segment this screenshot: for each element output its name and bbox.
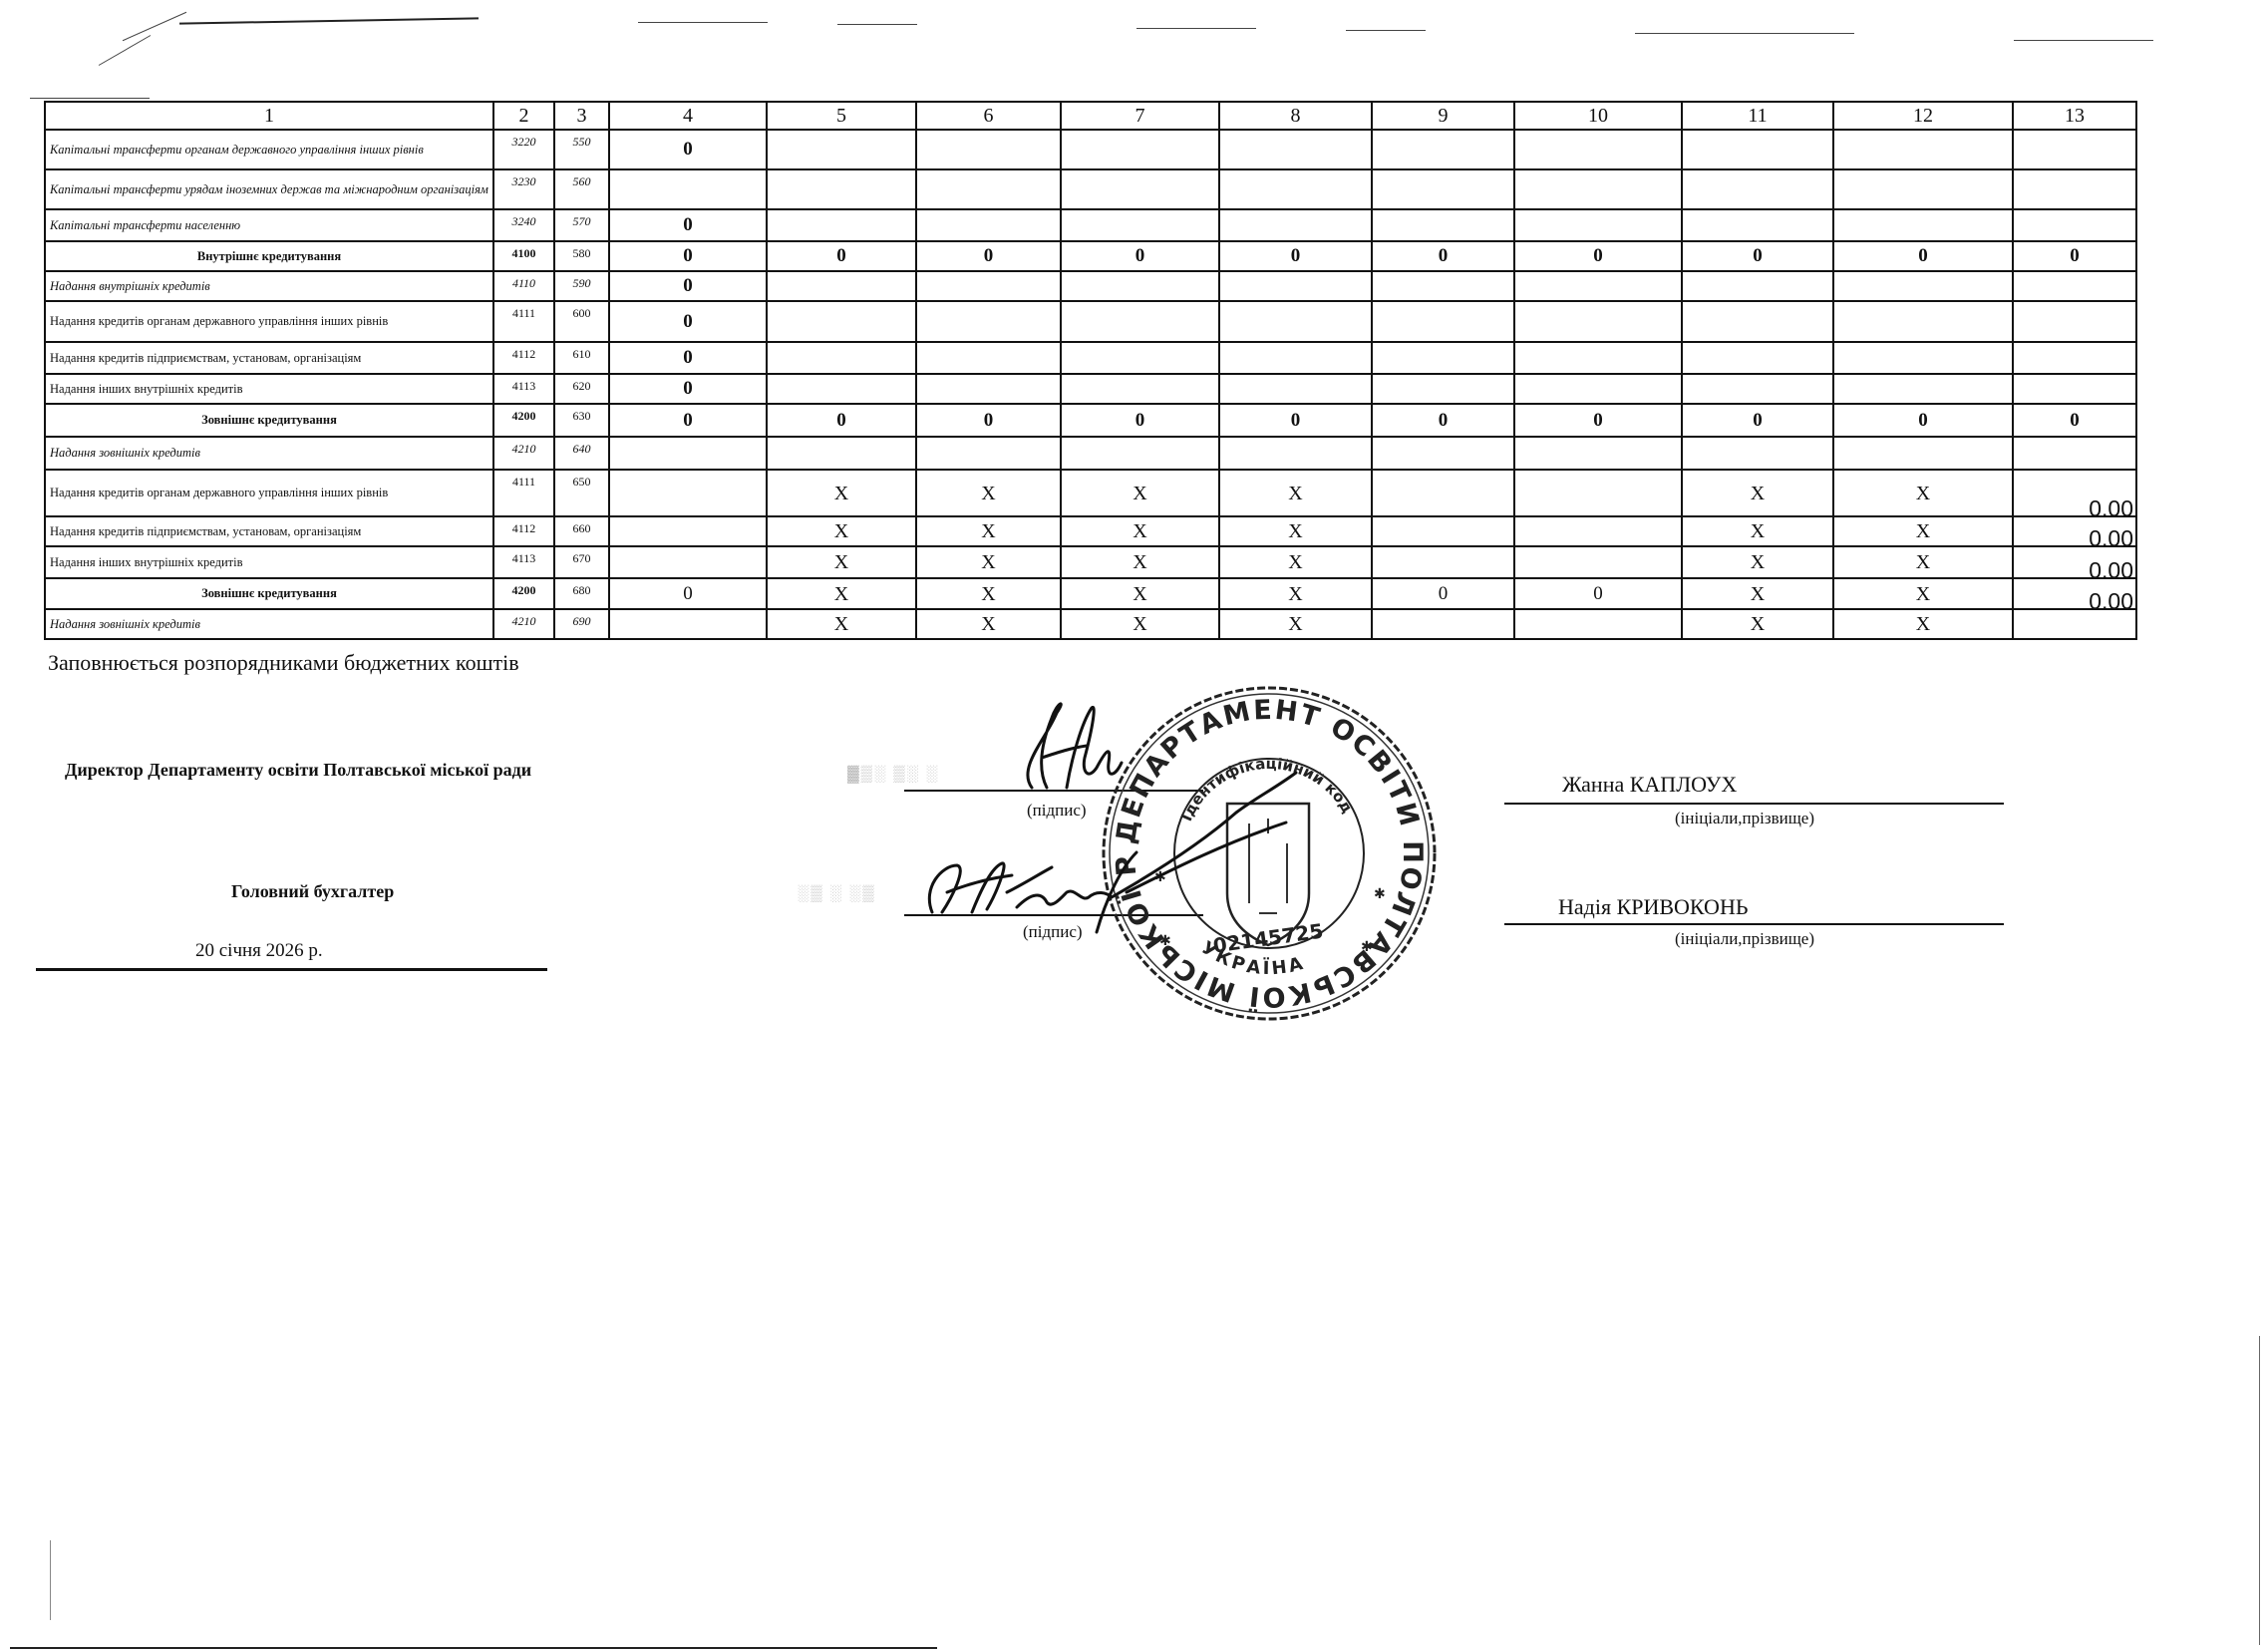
value-cell: X: [1833, 609, 2013, 639]
column-header: 1: [45, 102, 493, 130]
value-cell: 0,00: [2013, 516, 2136, 546]
value-cell: [1219, 374, 1372, 404]
column-header: 8: [1219, 102, 1372, 130]
value-cell: X: [767, 516, 916, 546]
value-cell: 0: [1219, 241, 1372, 271]
row-line-number: 590: [554, 271, 609, 301]
table-row: Надання кредитів органам державного упра…: [45, 301, 2136, 342]
value-cell: X: [1833, 546, 2013, 578]
value-cell: X: [1682, 609, 1833, 639]
value-cell: X: [1061, 546, 1219, 578]
value-cell: 0: [1061, 241, 1219, 271]
value-cell: [2013, 271, 2136, 301]
value-cell: [1372, 516, 1514, 546]
scan-artifact: [30, 98, 150, 99]
value-cell: [916, 342, 1061, 374]
accountant-name: Надія КРИВОКОНЬ: [1558, 894, 1748, 920]
scan-artifact: [2014, 40, 2153, 41]
row-line-number: 560: [554, 169, 609, 209]
value-cell: [2013, 609, 2136, 639]
row-code: 4200: [493, 578, 554, 609]
column-header: 4: [609, 102, 767, 130]
footnote: Заповнюється розпорядниками бюджетних ко…: [48, 650, 519, 676]
value-cell: [2013, 342, 2136, 374]
table-row: Надання інших внутрішніх кредитів4113670…: [45, 546, 2136, 578]
row-label: Внутрішнє кредитування: [45, 241, 493, 271]
value-cell: [2013, 301, 2136, 342]
table-row: Капітальні трансферти населенню32405700: [45, 209, 2136, 241]
value-cell: [609, 470, 767, 516]
row-code: 4210: [493, 437, 554, 470]
row-line-number: 580: [554, 241, 609, 271]
value-cell: X: [1061, 578, 1219, 609]
value-cell: [1372, 209, 1514, 241]
value-cell: [1219, 342, 1372, 374]
row-label: Надання внутрішніх кредитів: [45, 271, 493, 301]
value-cell: [1372, 374, 1514, 404]
value-cell: [1682, 130, 1833, 169]
value-cell: [609, 437, 767, 470]
row-line-number: 600: [554, 301, 609, 342]
row-code: 4110: [493, 271, 554, 301]
row-label: Надання зовнішніх кредитів: [45, 437, 493, 470]
column-header: 9: [1372, 102, 1514, 130]
value-cell: [609, 169, 767, 209]
value-cell: [1514, 342, 1682, 374]
value-cell: [1514, 609, 1682, 639]
value-cell: [1372, 342, 1514, 374]
value-cell: [916, 301, 1061, 342]
value-cell: [1514, 437, 1682, 470]
value-cell: 0: [609, 241, 767, 271]
value-cell: 0: [767, 404, 916, 437]
column-header: 2: [493, 102, 554, 130]
row-code: 4100: [493, 241, 554, 271]
value-cell: 0,00: [2013, 546, 2136, 578]
value-cell: 0: [767, 241, 916, 271]
table-row: Зовнішнє кредитування42006800XXXX00XX0,0…: [45, 578, 2136, 609]
row-code: 4113: [493, 374, 554, 404]
value-cell: [1514, 374, 1682, 404]
value-cell: [1061, 374, 1219, 404]
value-cell: [767, 437, 916, 470]
row-line-number: 690: [554, 609, 609, 639]
table-row: Надання кредитів підприємствам, установа…: [45, 516, 2136, 546]
row-line-number: 610: [554, 342, 609, 374]
faded-scan-text: ▓▒░ ▒░ ░: [847, 766, 939, 784]
value-cell: [1219, 130, 1372, 169]
value-cell: [1061, 342, 1219, 374]
value-cell: [1061, 271, 1219, 301]
value-cell: [1682, 271, 1833, 301]
value-cell: X: [916, 546, 1061, 578]
value-cell: [1061, 301, 1219, 342]
row-label: Надання кредитів підприємствам, установа…: [45, 516, 493, 546]
row-line-number: 680: [554, 578, 609, 609]
table-row: Капітальні трансферти урядам іноземних д…: [45, 169, 2136, 209]
value-cell: [767, 130, 916, 169]
value-cell: [1833, 209, 2013, 241]
value-cell: [1833, 169, 2013, 209]
table-row: Надання зовнішніх кредитів4210640: [45, 437, 2136, 470]
value-cell: X: [1219, 470, 1372, 516]
value-cell: X: [1061, 609, 1219, 639]
value-cell: [1833, 271, 2013, 301]
value-cell: [1682, 374, 1833, 404]
value-cell: [1061, 130, 1219, 169]
value-cell: 0: [1061, 404, 1219, 437]
svg-text:Ідентифікаційний код: Ідентифікаційний код: [1177, 755, 1356, 824]
row-code: 3220: [493, 130, 554, 169]
director-title: Директор Департаменту освіти Полтавської…: [65, 760, 531, 781]
column-header: 6: [916, 102, 1061, 130]
svg-text:✱: ✱: [1159, 934, 1171, 949]
date-underline: [36, 968, 547, 971]
value-cell: [1372, 546, 1514, 578]
row-code: 3240: [493, 209, 554, 241]
table-row: Надання внутрішніх кредитів41105900: [45, 271, 2136, 301]
row-line-number: 670: [554, 546, 609, 578]
value-cell: 0: [1514, 578, 1682, 609]
row-label: Капітальні трансферти урядам іноземних д…: [45, 169, 493, 209]
value-cell: [916, 130, 1061, 169]
table-row: Надання інших внутрішніх кредитів4113620…: [45, 374, 2136, 404]
value-cell: [1682, 169, 1833, 209]
scan-artifact: [1635, 33, 1854, 34]
column-header: 5: [767, 102, 916, 130]
official-seal-stamp: ДЕПАРТАМЕНТ ОСВІТИ ПОЛТАВСЬКОЇ МІСЬКОЇ Р…: [1100, 684, 1439, 1023]
scan-artifact: [1346, 30, 1426, 31]
value-cell: [2013, 374, 2136, 404]
value-cell: [609, 609, 767, 639]
value-cell: [2013, 209, 2136, 241]
scan-artifact: [837, 24, 917, 25]
value-cell: [916, 209, 1061, 241]
value-cell: 0: [609, 130, 767, 169]
row-label: Надання кредитів органам державного упра…: [45, 470, 493, 516]
value-cell: [916, 169, 1061, 209]
value-cell: [1514, 301, 1682, 342]
value-cell: [1061, 209, 1219, 241]
value-cell: X: [916, 609, 1061, 639]
value-cell: [1833, 437, 2013, 470]
value-cell: 0,00: [2013, 578, 2136, 609]
value-cell: [767, 271, 916, 301]
report-table: 12345678910111213Капітальні трансферти о…: [44, 101, 2137, 640]
value-cell: 0,00: [2013, 470, 2136, 516]
value-cell: 0: [1833, 241, 2013, 271]
value-cell: [1833, 130, 2013, 169]
value-cell: X: [767, 470, 916, 516]
value-cell: [2013, 437, 2136, 470]
value-cell: [1514, 516, 1682, 546]
row-line-number: 620: [554, 374, 609, 404]
value-cell: [1514, 130, 1682, 169]
row-label: Надання інших внутрішніх кредитів: [45, 546, 493, 578]
svg-text:✱: ✱: [1374, 887, 1386, 902]
value-cell: [1682, 342, 1833, 374]
director-name-caption: (ініціали,прізвище): [1675, 809, 1814, 828]
scan-artifact: [1136, 28, 1256, 29]
value-cell: [916, 374, 1061, 404]
row-label: Капітальні трансферти населенню: [45, 209, 493, 241]
value-cell: [1514, 271, 1682, 301]
value-cell: [1372, 169, 1514, 209]
value-cell: [1833, 301, 2013, 342]
value-cell: [1514, 169, 1682, 209]
row-label: Надання інших внутрішніх кредитів: [45, 374, 493, 404]
value-cell: [1514, 546, 1682, 578]
row-label: Зовнішнє кредитування: [45, 404, 493, 437]
table-row: Капітальні трансферти органам державного…: [45, 130, 2136, 169]
value-cell: 0: [2013, 241, 2136, 271]
value-cell: [1833, 374, 2013, 404]
row-label: Надання кредитів органам державного упра…: [45, 301, 493, 342]
value-cell: [1372, 271, 1514, 301]
value-cell: X: [1833, 516, 2013, 546]
column-header: 10: [1514, 102, 1682, 130]
faded-scan-text: ░▒ ░ ░▒: [798, 885, 876, 903]
column-header: 12: [1833, 102, 2013, 130]
value-cell: [1061, 169, 1219, 209]
row-code: 3230: [493, 169, 554, 209]
table-row: Внутрішнє кредитування41005800000000000: [45, 241, 2136, 271]
value-cell: [1682, 209, 1833, 241]
value-cell: [767, 374, 916, 404]
value-cell: [767, 301, 916, 342]
seal-inner-text: Ідентифікаційний код: [1177, 755, 1356, 824]
value-cell: [1219, 271, 1372, 301]
scan-artifact: [50, 1540, 51, 1620]
scan-artifact: [2259, 1336, 2260, 1645]
table-row: Надання кредитів органам державного упра…: [45, 470, 2136, 516]
value-cell: [1372, 301, 1514, 342]
value-cell: 0: [2013, 404, 2136, 437]
value-cell: X: [1219, 516, 1372, 546]
value-cell: 0: [916, 241, 1061, 271]
row-code: 4112: [493, 342, 554, 374]
svg-text:✱: ✱: [1361, 940, 1373, 955]
value-cell: X: [916, 578, 1061, 609]
value-cell: X: [1682, 578, 1833, 609]
table-row: Зовнішнє кредитування42006300000000000: [45, 404, 2136, 437]
value-cell: 0: [1372, 241, 1514, 271]
value-cell: [1219, 209, 1372, 241]
column-header-row: 12345678910111213: [45, 102, 2136, 130]
report-date: 20 січня 2026 р.: [195, 940, 323, 962]
value-cell: [1061, 437, 1219, 470]
value-cell: 0: [1514, 241, 1682, 271]
value-cell: [1514, 470, 1682, 516]
accountant-title: Головний бухгалтер: [231, 881, 394, 902]
value-cell: [1372, 470, 1514, 516]
value-cell: [916, 271, 1061, 301]
table-row: Надання зовнішніх кредитів4210690XXXXXX: [45, 609, 2136, 639]
column-header: 13: [2013, 102, 2136, 130]
value-cell: [1219, 169, 1372, 209]
value-cell: [1219, 301, 1372, 342]
row-code: 4111: [493, 470, 554, 516]
value-cell: X: [767, 578, 916, 609]
value-cell: [2013, 169, 2136, 209]
row-label: Надання кредитів підприємствам, установа…: [45, 342, 493, 374]
value-cell: 0: [609, 578, 767, 609]
value-cell: 0: [609, 404, 767, 437]
value-cell: X: [1682, 546, 1833, 578]
row-line-number: 550: [554, 130, 609, 169]
value-cell: X: [767, 609, 916, 639]
director-signature-caption: (підпис): [1027, 801, 1087, 821]
value-cell: [1372, 130, 1514, 169]
value-cell: [1514, 209, 1682, 241]
scan-artifact: [638, 22, 768, 23]
value-cell: [609, 546, 767, 578]
row-code: 4113: [493, 546, 554, 578]
value-cell: X: [916, 470, 1061, 516]
value-cell: [1219, 437, 1372, 470]
value-cell: [916, 437, 1061, 470]
row-label: Капітальні трансферти органам державного…: [45, 130, 493, 169]
value-cell: 0: [609, 209, 767, 241]
value-cell: [767, 169, 916, 209]
value-cell: 0: [916, 404, 1061, 437]
accountant-signature-caption: (підпис): [1023, 922, 1083, 942]
svg-text:✱: ✱: [1154, 870, 1166, 885]
value-cell: 0: [609, 301, 767, 342]
value-cell: 0: [1682, 404, 1833, 437]
row-line-number: 630: [554, 404, 609, 437]
value-cell: 0: [1219, 404, 1372, 437]
value-cell: 0: [1372, 404, 1514, 437]
value-cell: 0: [1514, 404, 1682, 437]
column-header: 3: [554, 102, 609, 130]
value-cell: [1372, 609, 1514, 639]
value-cell: 0: [1833, 404, 2013, 437]
row-code: 4112: [493, 516, 554, 546]
row-code: 4111: [493, 301, 554, 342]
value-cell: [767, 342, 916, 374]
value-cell: X: [1061, 516, 1219, 546]
director-name: Жанна КАПЛОУХ: [1562, 772, 1737, 798]
accountant-name-line: [1504, 923, 2004, 925]
value-cell: X: [1219, 609, 1372, 639]
value-cell: X: [1219, 578, 1372, 609]
row-label: Зовнішнє кредитування: [45, 578, 493, 609]
value-cell: X: [1682, 516, 1833, 546]
table-row: Надання кредитів підприємствам, установа…: [45, 342, 2136, 374]
scan-artifact: [179, 17, 479, 24]
row-line-number: 570: [554, 209, 609, 241]
value-cell: 0: [1682, 241, 1833, 271]
director-name-line: [1504, 803, 2004, 805]
value-cell: X: [1061, 470, 1219, 516]
value-cell: X: [916, 516, 1061, 546]
row-line-number: 640: [554, 437, 609, 470]
scan-artifact: [123, 12, 186, 41]
row-label: Надання зовнішніх кредитів: [45, 609, 493, 639]
value-cell: 0: [609, 271, 767, 301]
value-cell: [609, 516, 767, 546]
value-cell: X: [1833, 470, 2013, 516]
value-cell: X: [1833, 578, 2013, 609]
value-cell: [1372, 437, 1514, 470]
value-cell: [1682, 437, 1833, 470]
column-header: 7: [1061, 102, 1219, 130]
accountant-name-caption: (ініціали,прізвище): [1675, 929, 1814, 949]
row-line-number: 660: [554, 516, 609, 546]
value-cell: [2013, 130, 2136, 169]
value-cell: [1682, 301, 1833, 342]
value-cell: X: [1682, 470, 1833, 516]
value-cell: 0: [609, 342, 767, 374]
value-cell: X: [767, 546, 916, 578]
row-line-number: 650: [554, 470, 609, 516]
row-code: 4210: [493, 609, 554, 639]
value-cell: [1833, 342, 2013, 374]
value-cell: X: [1219, 546, 1372, 578]
value-cell: [767, 209, 916, 241]
column-header: 11: [1682, 102, 1833, 130]
value-cell: 0: [609, 374, 767, 404]
row-code: 4200: [493, 404, 554, 437]
value-cell: 0: [1372, 578, 1514, 609]
